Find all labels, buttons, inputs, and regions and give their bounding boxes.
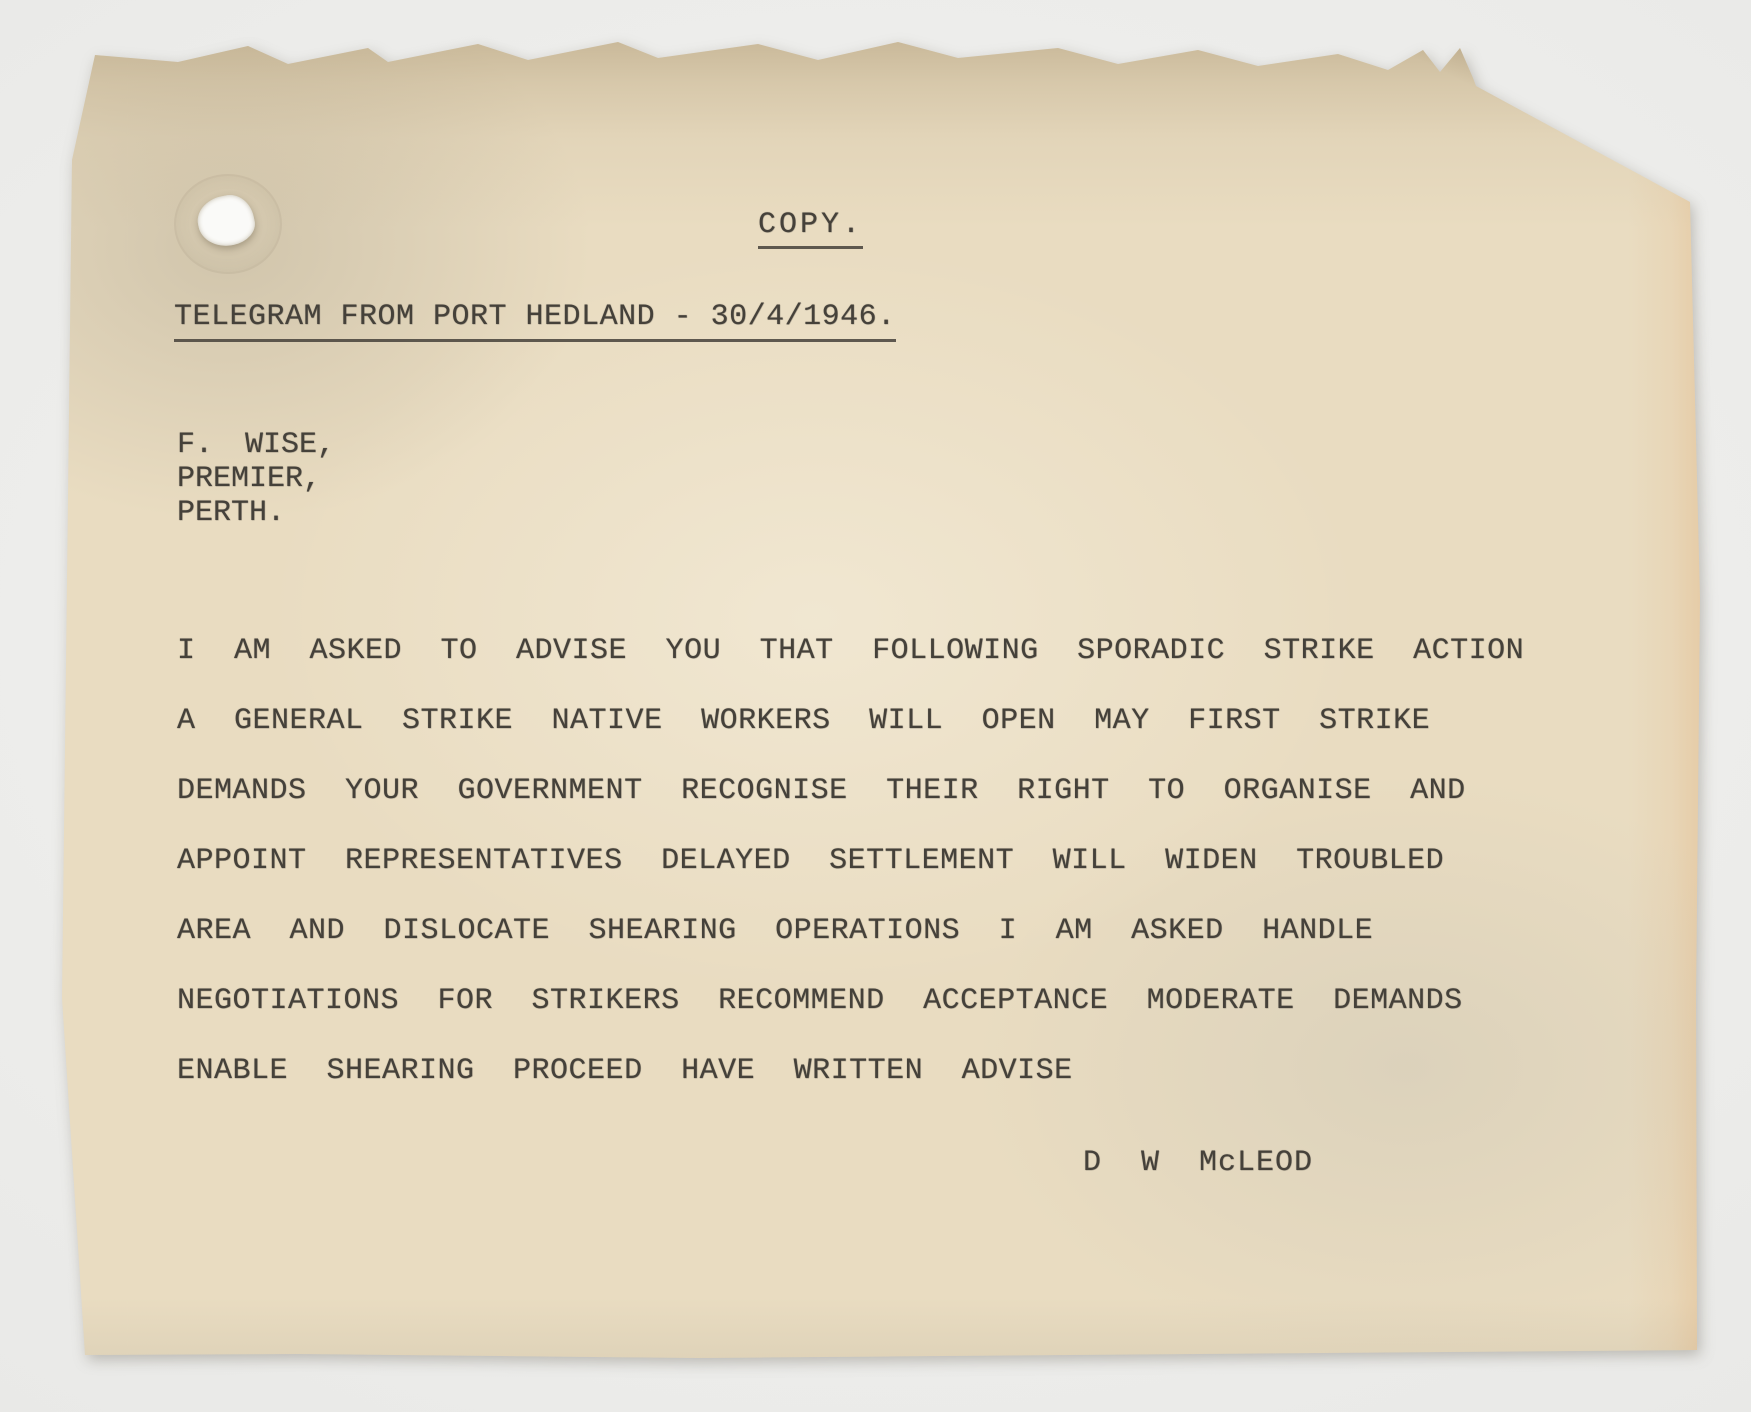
paper-shadow: COPY. TELEGRAM FROM PORT HEDLAND - 30/4/… — [58, 38, 1703, 1358]
body-line: ENABLE SHEARING PROCEED HAVE WRITTEN ADV… — [177, 1036, 1524, 1106]
addressee-block: F. WISE, PREMIER, PERTH. — [177, 428, 335, 530]
body-line: APPOINT REPRESENTATIVES DELAYED SETTLEME… — [177, 826, 1524, 896]
paper-crease — [1395, 9, 1721, 221]
body-line: AREA AND DISLOCATE SHEARING OPERATIONS I… — [177, 896, 1524, 966]
document-title: TELEGRAM FROM PORT HEDLAND - 30/4/1946. — [174, 300, 896, 342]
body-line: A GENERAL STRIKE NATIVE WORKERS WILL OPE… — [177, 686, 1524, 756]
addressee-city: PERTH. — [177, 496, 335, 530]
scanned-page-background: COPY. TELEGRAM FROM PORT HEDLAND - 30/4/… — [0, 0, 1751, 1412]
telegram-document: COPY. TELEGRAM FROM PORT HEDLAND - 30/4/… — [58, 38, 1703, 1358]
signature: D W McLEOD — [1083, 1146, 1313, 1180]
addressee-name: F. WISE, — [177, 428, 335, 462]
telegram-body: I AM ASKED TO ADVISE YOU THAT FOLLOWING … — [177, 616, 1524, 1106]
body-line: NEGOTIATIONS FOR STRIKERS RECOMMEND ACCE… — [177, 966, 1524, 1036]
body-line: I AM ASKED TO ADVISE YOU THAT FOLLOWING … — [177, 616, 1524, 686]
addressee-role: PREMIER, — [177, 462, 335, 496]
body-line: DEMANDS YOUR GOVERNMENT RECOGNISE THEIR … — [177, 756, 1524, 826]
copy-heading: COPY. — [758, 208, 863, 249]
